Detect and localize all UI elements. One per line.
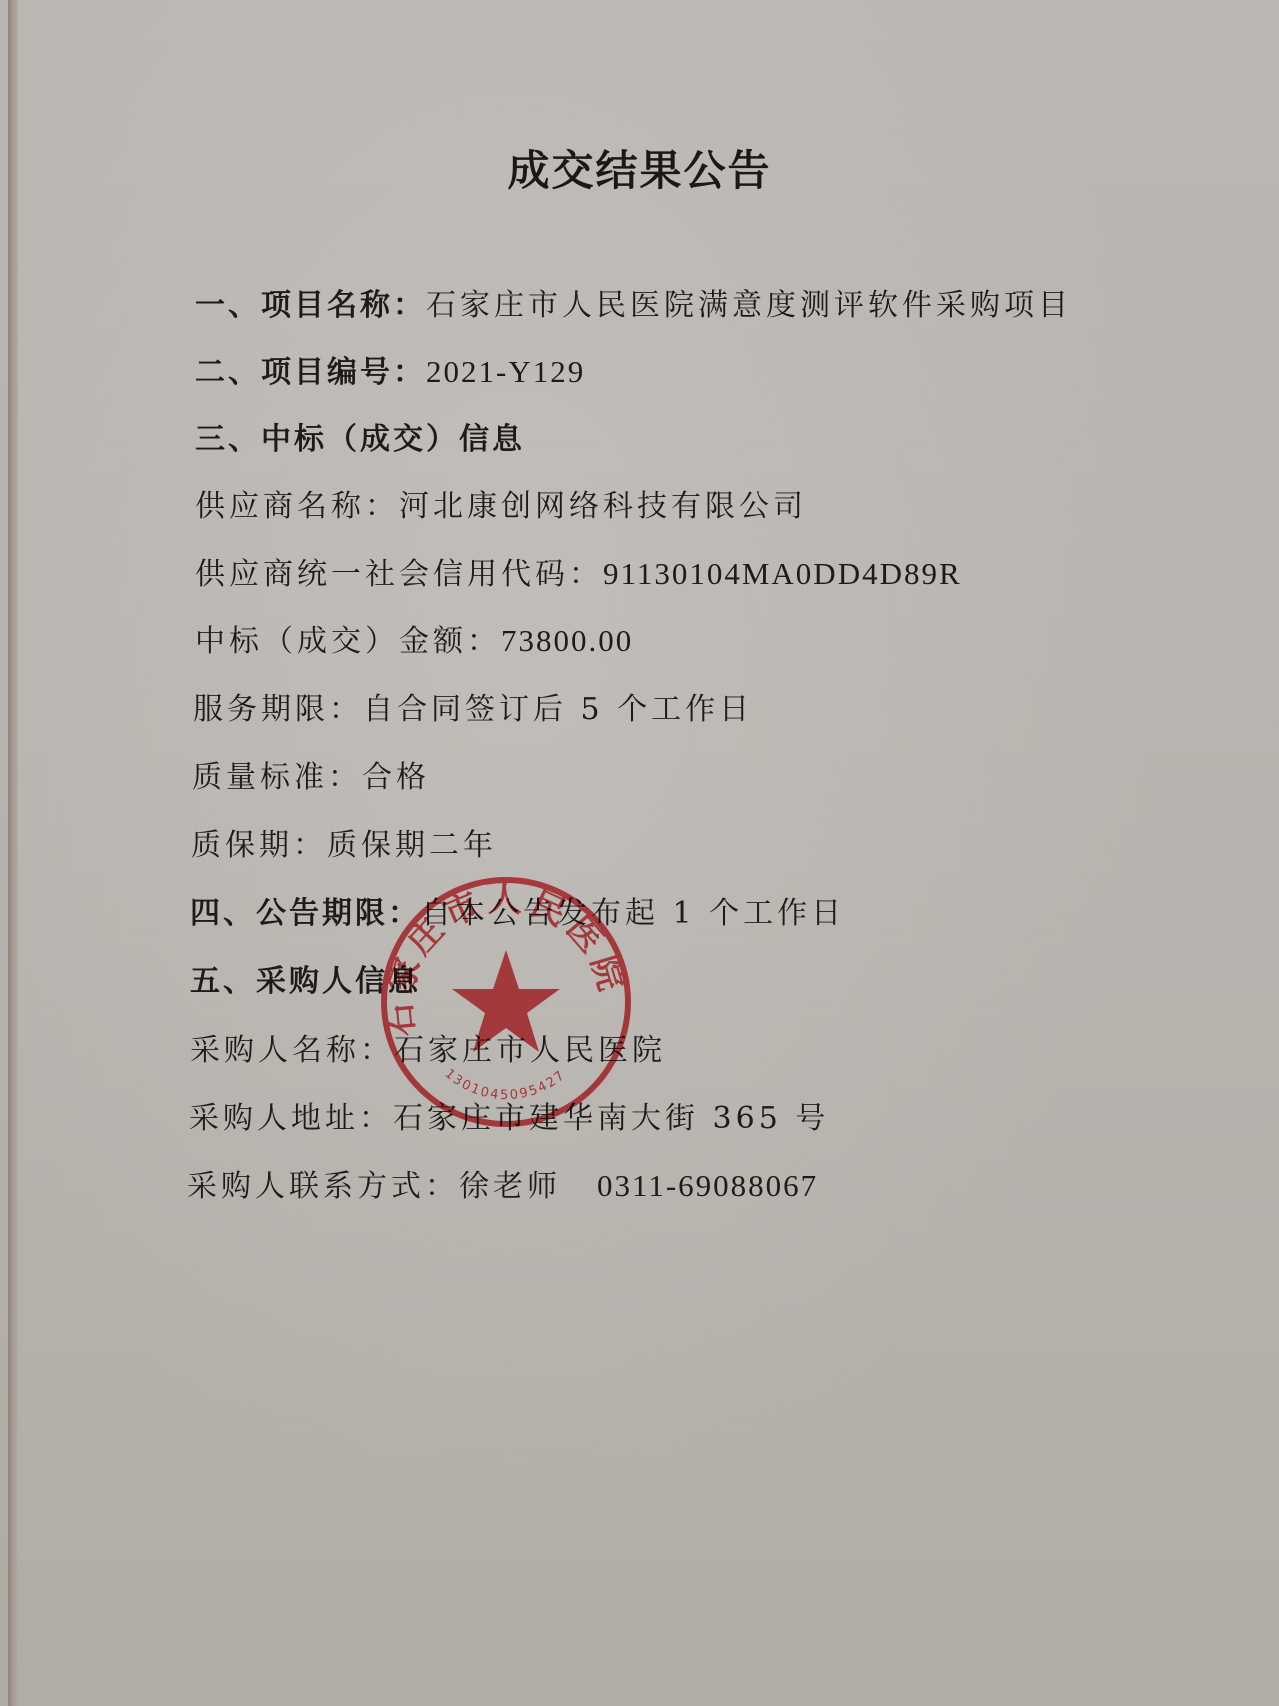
supplier-name-label: 供应商名称： <box>195 489 399 524</box>
project-number-line: 二、项目编号：2021-Y129 <box>195 347 585 391</box>
supplier-name-value: 河北康创网络科技有限公司 <box>399 489 807 524</box>
purchaser-contact-line: 采购人联系方式：徐老师0311-69088067 <box>187 1161 818 1205</box>
quality-standard-line: 质量标准：合格 <box>192 752 430 796</box>
purchaser-address-line: 采购人地址：石家庄市建华南大街 365 号 <box>189 1093 829 1137</box>
warranty-period-value: 质保期二年 <box>327 828 497 863</box>
award-amount-line: 中标（成交）金额：73800.00 <box>195 616 633 660</box>
supplier-name-line: 供应商名称：河北康创网络科技有限公司 <box>195 481 807 525</box>
award-info-heading: 三、中标（成交）信息 <box>195 414 525 458</box>
notice-period-label: 四、公告期限： <box>190 896 421 931</box>
project-name-line: 一、项目名称：石家庄市人民医院满意度测评软件采购项目 <box>195 280 1072 324</box>
purchaser-name-label: 采购人名称： <box>190 1033 394 1068</box>
award-amount-value: 73800.00 <box>501 623 633 658</box>
quality-standard-label: 质量标准： <box>192 760 362 795</box>
purchaser-address-value: 石家庄市建华南大街 365 号 <box>393 1101 829 1136</box>
document-title: 成交结果公告 <box>0 138 1279 198</box>
warranty-period-label: 质保期： <box>191 828 327 863</box>
purchaser-name-value: 石家庄市人民医院 <box>394 1033 666 1068</box>
notice-period-line: 四、公告期限：自本公告发布起 1 个工作日 <box>190 888 845 932</box>
project-name-label: 一、项目名称： <box>195 288 426 323</box>
project-name-value: 石家庄市人民医院满意度测评软件采购项目 <box>426 288 1072 323</box>
purchaser-contact-label: 采购人联系方式： <box>187 1169 459 1204</box>
notice-period-value: 自本公告发布起 1 个工作日 <box>421 896 845 931</box>
purchaser-info-heading: 五、采购人信息 <box>190 956 421 1000</box>
purchaser-contact-phone: 0311-69088067 <box>597 1168 818 1203</box>
warranty-period-line: 质保期：质保期二年 <box>191 820 497 864</box>
project-number-label: 二、项目编号： <box>195 355 426 390</box>
service-period-line: 服务期限：自合同签订后 5 个工作日 <box>193 684 753 728</box>
service-period-value: 自合同签订后 5 个工作日 <box>363 692 753 727</box>
purchaser-address-label: 采购人地址： <box>189 1101 393 1136</box>
supplier-credit-code-line: 供应商统一社会信用代码：91130104MA0DD4D89R <box>195 549 962 593</box>
quality-standard-value: 合格 <box>362 760 430 795</box>
page-edge-shadow <box>8 0 18 1706</box>
award-amount-label: 中标（成交）金额： <box>195 624 501 659</box>
purchaser-contact-person: 徐老师 <box>459 1169 561 1204</box>
supplier-credit-code-label: 供应商统一社会信用代码： <box>195 557 603 592</box>
service-period-label: 服务期限： <box>193 692 363 727</box>
supplier-credit-code-value: 91130104MA0DD4D89R <box>603 556 962 591</box>
purchaser-name-line: 采购人名称：石家庄市人民医院 <box>190 1025 666 1069</box>
project-number-value: 2021-Y129 <box>426 354 585 389</box>
